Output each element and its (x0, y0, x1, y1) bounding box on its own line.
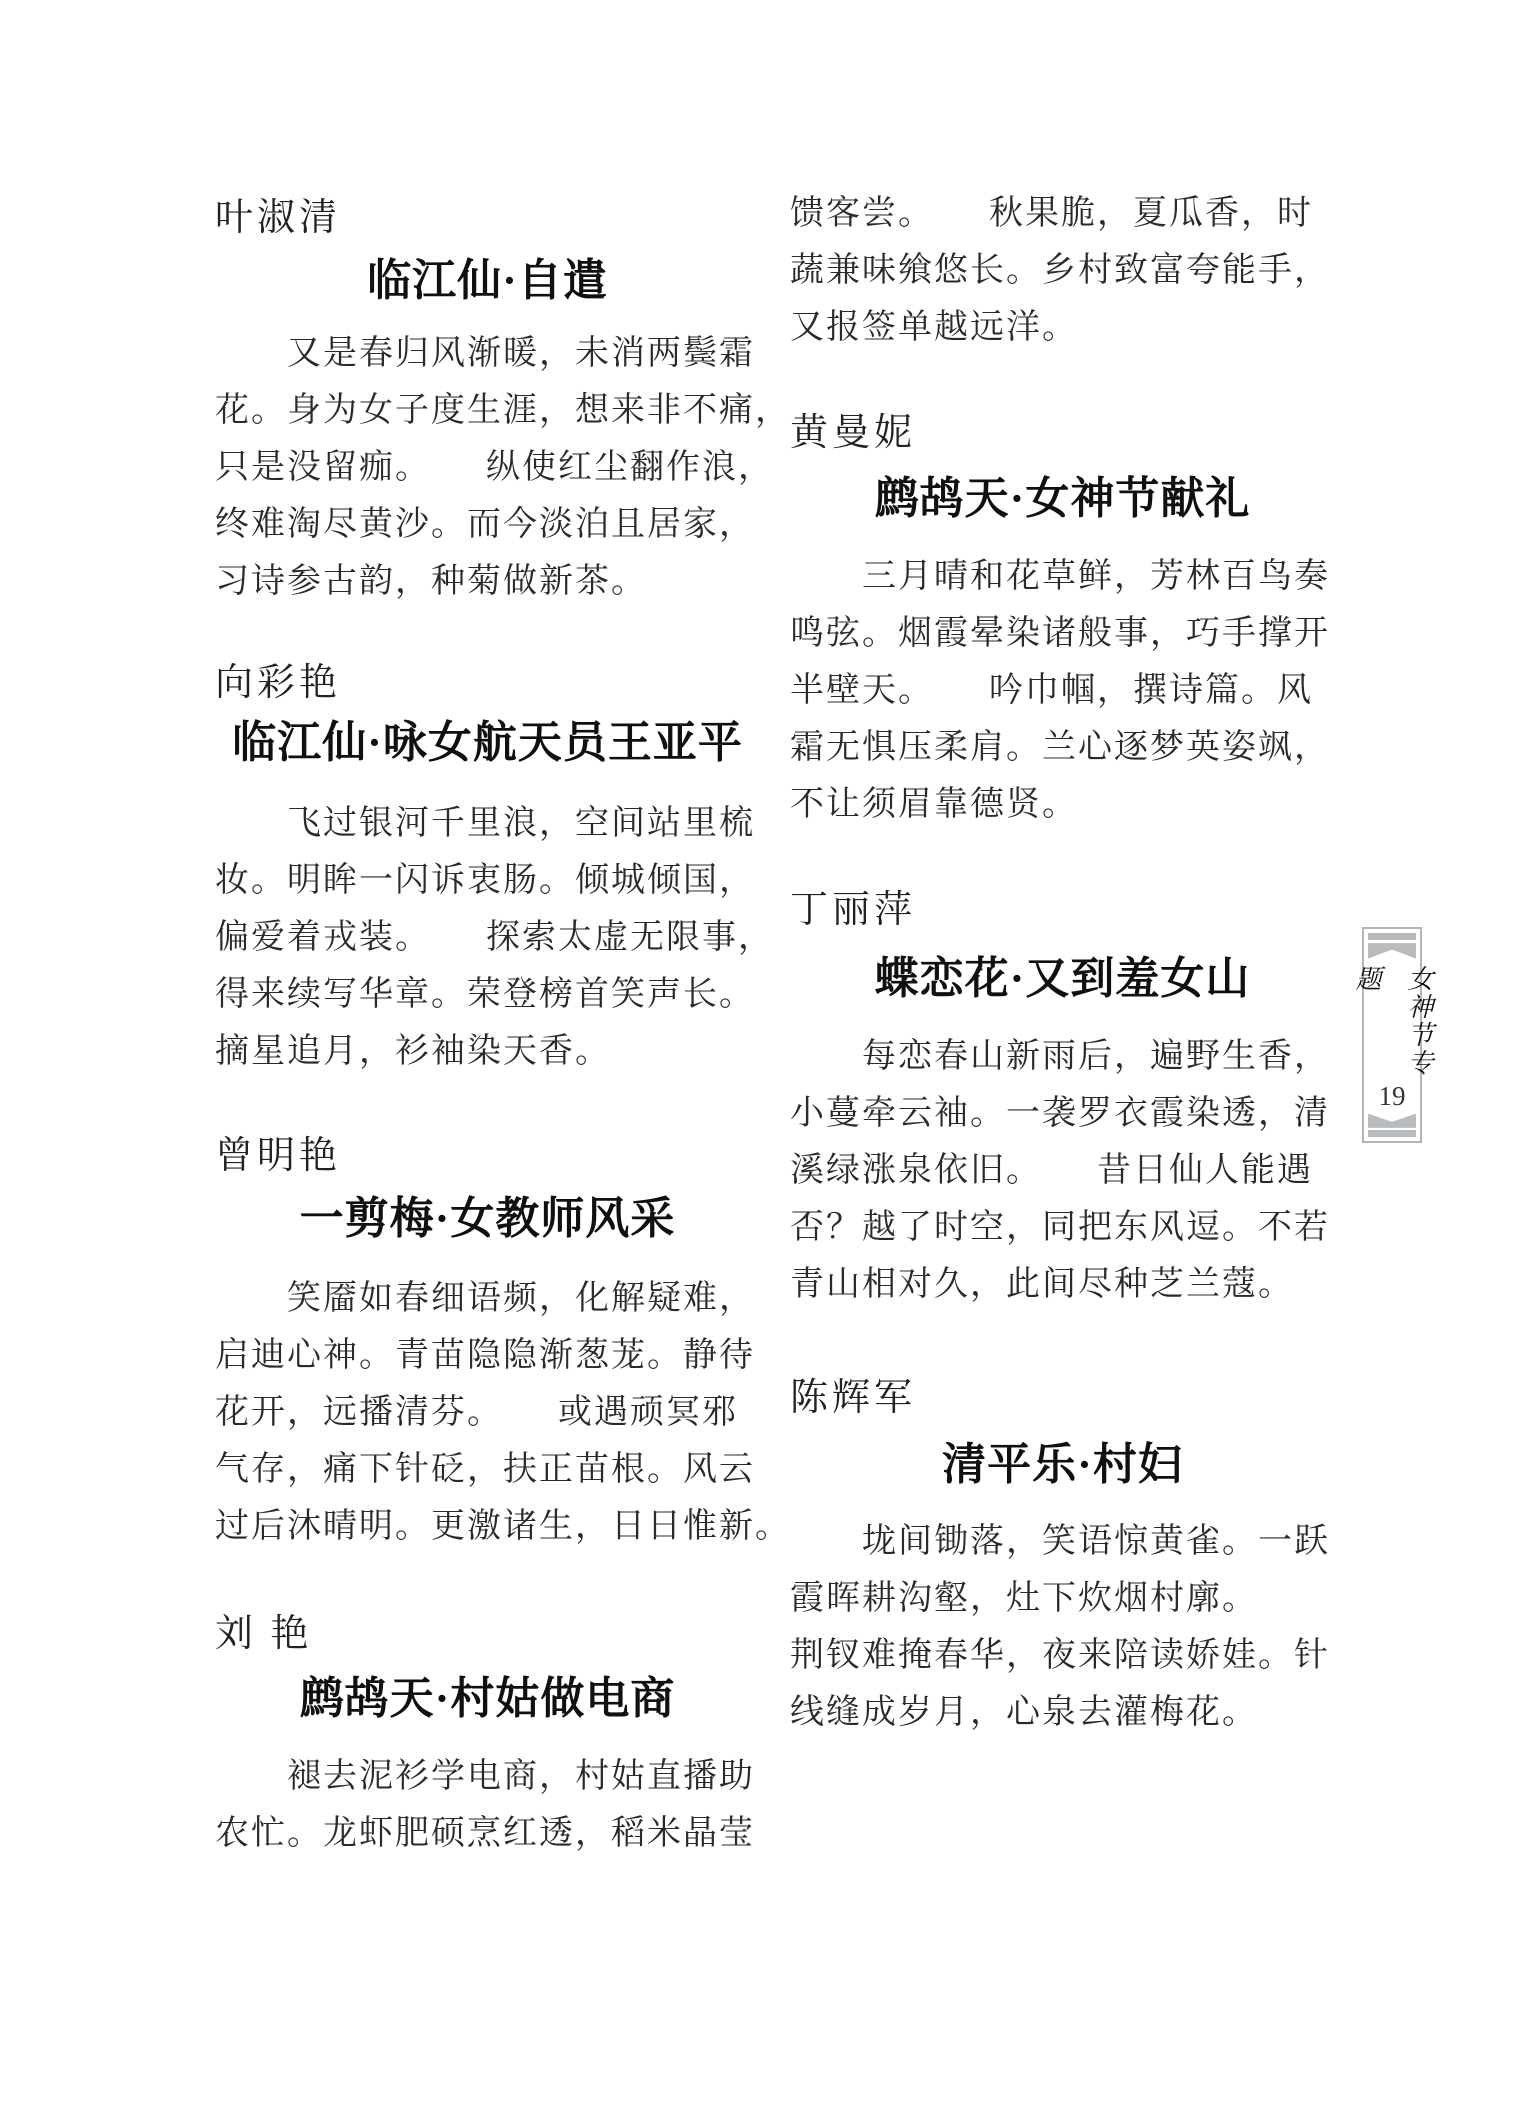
left-column: 叶淑清 临江仙·自遣 又是春归风渐暖，未消两鬓霜 花。身为女子度生涯，想来非不痛… (215, 0, 760, 1862)
poem-title: 蝶恋花·又到羞女山 (790, 948, 1335, 1010)
poem-line: 过后沐晴明。更激诸生，日日惟新。 (215, 1498, 760, 1555)
poem-line: 偏爱着戎装。 探索太虚无限事， (215, 909, 760, 966)
poem-line: 馈客尝。 秋果脆，夏瓜香，时 (790, 185, 1335, 242)
ribbon-top-bar (1368, 933, 1416, 940)
poem-body: 三月晴和花草鲜，芳林百鸟奏 鸣弦。烟霞晕染诸般事，巧手撑开 半壁天。 吟巾帼，撰… (790, 548, 1335, 833)
poem-line: 每恋春山新雨后，遍野生香， (790, 1028, 1335, 1085)
magazine-page: 叶淑清 临江仙·自遣 又是春归风渐暖，未消两鬓霜 花。身为女子度生涯，想来非不痛… (0, 0, 1525, 2115)
poem-line: 终难淘尽黄沙。而今淡泊且居家， (215, 496, 760, 553)
poem-title: 临江仙·自遣 (215, 250, 760, 312)
poem-line: 又是春归风渐暖，未消两鬓霜 (215, 325, 760, 382)
poem-body: 褪去泥衫学电商，村姑直播助 农忙。龙虾肥硕烹红透，稻米晶莹 (215, 1748, 760, 1862)
poem-line: 褪去泥衫学电商，村姑直播助 (215, 1748, 760, 1805)
poem-section: 陈辉军 清平乐·村妇 垅间锄落，笑语惊黄雀。一跃 霞晖耕沟壑，灶下炊烟村廓。 荆… (790, 1370, 1335, 1741)
poem-section: 黄曼妮 鹧鸪天·女神节献礼 三月晴和花草鲜，芳林百鸟奏 鸣弦。烟霞晕染诸般事，巧… (790, 405, 1335, 833)
poem-line: 半壁天。 吟巾帼，撰诗篇。风 (790, 662, 1335, 719)
poem-author: 曾明艳 (215, 1128, 760, 1185)
poem-line: 笑靥如春细语频，化解疑难， (215, 1270, 760, 1327)
page-number: 19 (1364, 1081, 1420, 1112)
poem-line: 蔬兼味飨悠长。乡村致富夸能手， (790, 242, 1335, 299)
poem-line: 荆钗难掩春华，夜来陪读娇娃。针 (790, 1627, 1335, 1684)
poem-title: 鹧鸪天·村姑做电商 (215, 1668, 760, 1730)
poem-title: 鹧鸪天·女神节献礼 (790, 468, 1335, 530)
poem-body: 垅间锄落，笑语惊黄雀。一跃 霞晖耕沟壑，灶下炊烟村廓。 荆钗难掩春华，夜来陪读娇… (790, 1513, 1335, 1741)
poem-line: 霞晖耕沟壑，灶下炊烟村廓。 (790, 1570, 1335, 1627)
poem-line: 摘星追月，衫袖染天香。 (215, 1023, 760, 1080)
poem-line: 霜无惧压柔肩。兰心逐梦英姿飒， (790, 719, 1335, 776)
poem-line: 得来续写华章。荣登榜首笑声长。 (215, 966, 760, 1023)
poem-section: 丁丽萍 蝶恋花·又到羞女山 每恋春山新雨后，遍野生香， 小蔓牵云袖。一袭罗衣霞染… (790, 882, 1335, 1313)
poem-body: 又是春归风渐暖，未消两鬓霜 花。身为女子度生涯，想来非不痛， 只是没留痂。 纵使… (215, 325, 760, 610)
page-marker-ribbon: 女神节专题 19 (1362, 927, 1422, 1143)
poem-line: 青山相对久，此间尽种芝兰蔻。 (790, 1256, 1335, 1313)
poem-author: 向彩艳 (215, 655, 760, 712)
poem-line: 垅间锄落，笑语惊黄雀。一跃 (790, 1513, 1335, 1570)
poem-section: 刘 艳 鹧鸪天·村姑做电商 褪去泥衫学电商，村姑直播助 农忙。龙虾肥硕烹红透，稻… (215, 1606, 760, 1862)
poem-line: 否？越了时空，同把东风逗。不若 (790, 1199, 1335, 1256)
right-column: 馈客尝。 秋果脆，夏瓜香，时 蔬兼味飨悠长。乡村致富夸能手， 又报签单越远洋。 … (790, 0, 1335, 1741)
poem-line: 习诗参古韵，种菊做新茶。 (215, 553, 760, 610)
poem-line: 线缝成岁月，心泉去灌梅花。 (790, 1684, 1335, 1741)
poem-line: 三月晴和花草鲜，芳林百鸟奏 (790, 548, 1335, 605)
poem-body: 笑靥如春细语频，化解疑难， 启迪心神。青苗隐隐渐葱茏。静待 花开，远播清芬。 或… (215, 1270, 760, 1555)
poem-author: 黄曼妮 (790, 405, 1335, 462)
poem-author: 刘 艳 (215, 1606, 760, 1663)
poem-line: 气存，痛下针砭，扶正苗根。风云 (215, 1441, 760, 1498)
poem-line: 妆。明眸一闪诉衷肠。倾城倾国， (215, 852, 760, 909)
poem-line: 启迪心神。青苗隐隐渐葱茏。静待 (215, 1327, 760, 1384)
poem-line: 不让须眉靠德贤。 (790, 776, 1335, 833)
poem-line: 小蔓牵云袖。一袭罗衣霞染透，清 (790, 1085, 1335, 1142)
poem-line: 只是没留痂。 纵使红尘翻作浪， (215, 439, 760, 496)
poem-title: 临江仙·咏女航天员王亚平 (215, 712, 760, 774)
poem-author: 陈辉军 (790, 1370, 1335, 1427)
ribbon-top-chevron (1368, 943, 1416, 958)
ribbon-bottom-chevron (1368, 1114, 1416, 1128)
poem-author: 丁丽萍 (790, 882, 1335, 939)
poem-title: 一剪梅·女教师风采 (215, 1188, 760, 1250)
poem-line: 花开，远播清芬。 或遇顽冥邪 (215, 1384, 760, 1441)
poem-body: 每恋春山新雨后，遍野生香， 小蔓牵云袖。一袭罗衣霞染透，清 溪绿涨泉依旧。 昔日… (790, 1028, 1335, 1313)
poem-body: 飞过银河千里浪，空间站里梳 妆。明眸一闪诉衷肠。倾城倾国， 偏爱着戎装。 探索太… (215, 795, 760, 1080)
poem-line: 鸣弦。烟霞晕染诸般事，巧手撑开 (790, 605, 1335, 662)
poem-line: 又报签单越远洋。 (790, 299, 1335, 356)
poem-line: 农忙。龙虾肥硕烹红透，稻米晶莹 (215, 1805, 760, 1862)
poem-continuation: 馈客尝。 秋果脆，夏瓜香，时 蔬兼味飨悠长。乡村致富夸能手， 又报签单越远洋。 (790, 185, 1335, 356)
poem-section: 曾明艳 一剪梅·女教师风采 笑靥如春细语频，化解疑难， 启迪心神。青苗隐隐渐葱茏… (215, 1128, 760, 1555)
poem-section: 向彩艳 临江仙·咏女航天员王亚平 飞过银河千里浪，空间站里梳 妆。明眸一闪诉衷肠… (215, 655, 760, 1080)
poem-line: 溪绿涨泉依旧。 昔日仙人能遇 (790, 1142, 1335, 1199)
poem-line: 花。身为女子度生涯，想来非不痛， (215, 382, 760, 439)
poem-author: 叶淑清 (215, 190, 760, 247)
ribbon-bottom-bar (1368, 1130, 1416, 1137)
poem-line: 飞过银河千里浪，空间站里梳 (215, 795, 760, 852)
poem-section: 叶淑清 临江仙·自遣 又是春归风渐暖，未消两鬓霜 花。身为女子度生涯，想来非不痛… (215, 190, 760, 610)
section-vertical-title: 女神节专题 (1340, 965, 1444, 1083)
poem-title: 清平乐·村妇 (790, 1434, 1335, 1496)
